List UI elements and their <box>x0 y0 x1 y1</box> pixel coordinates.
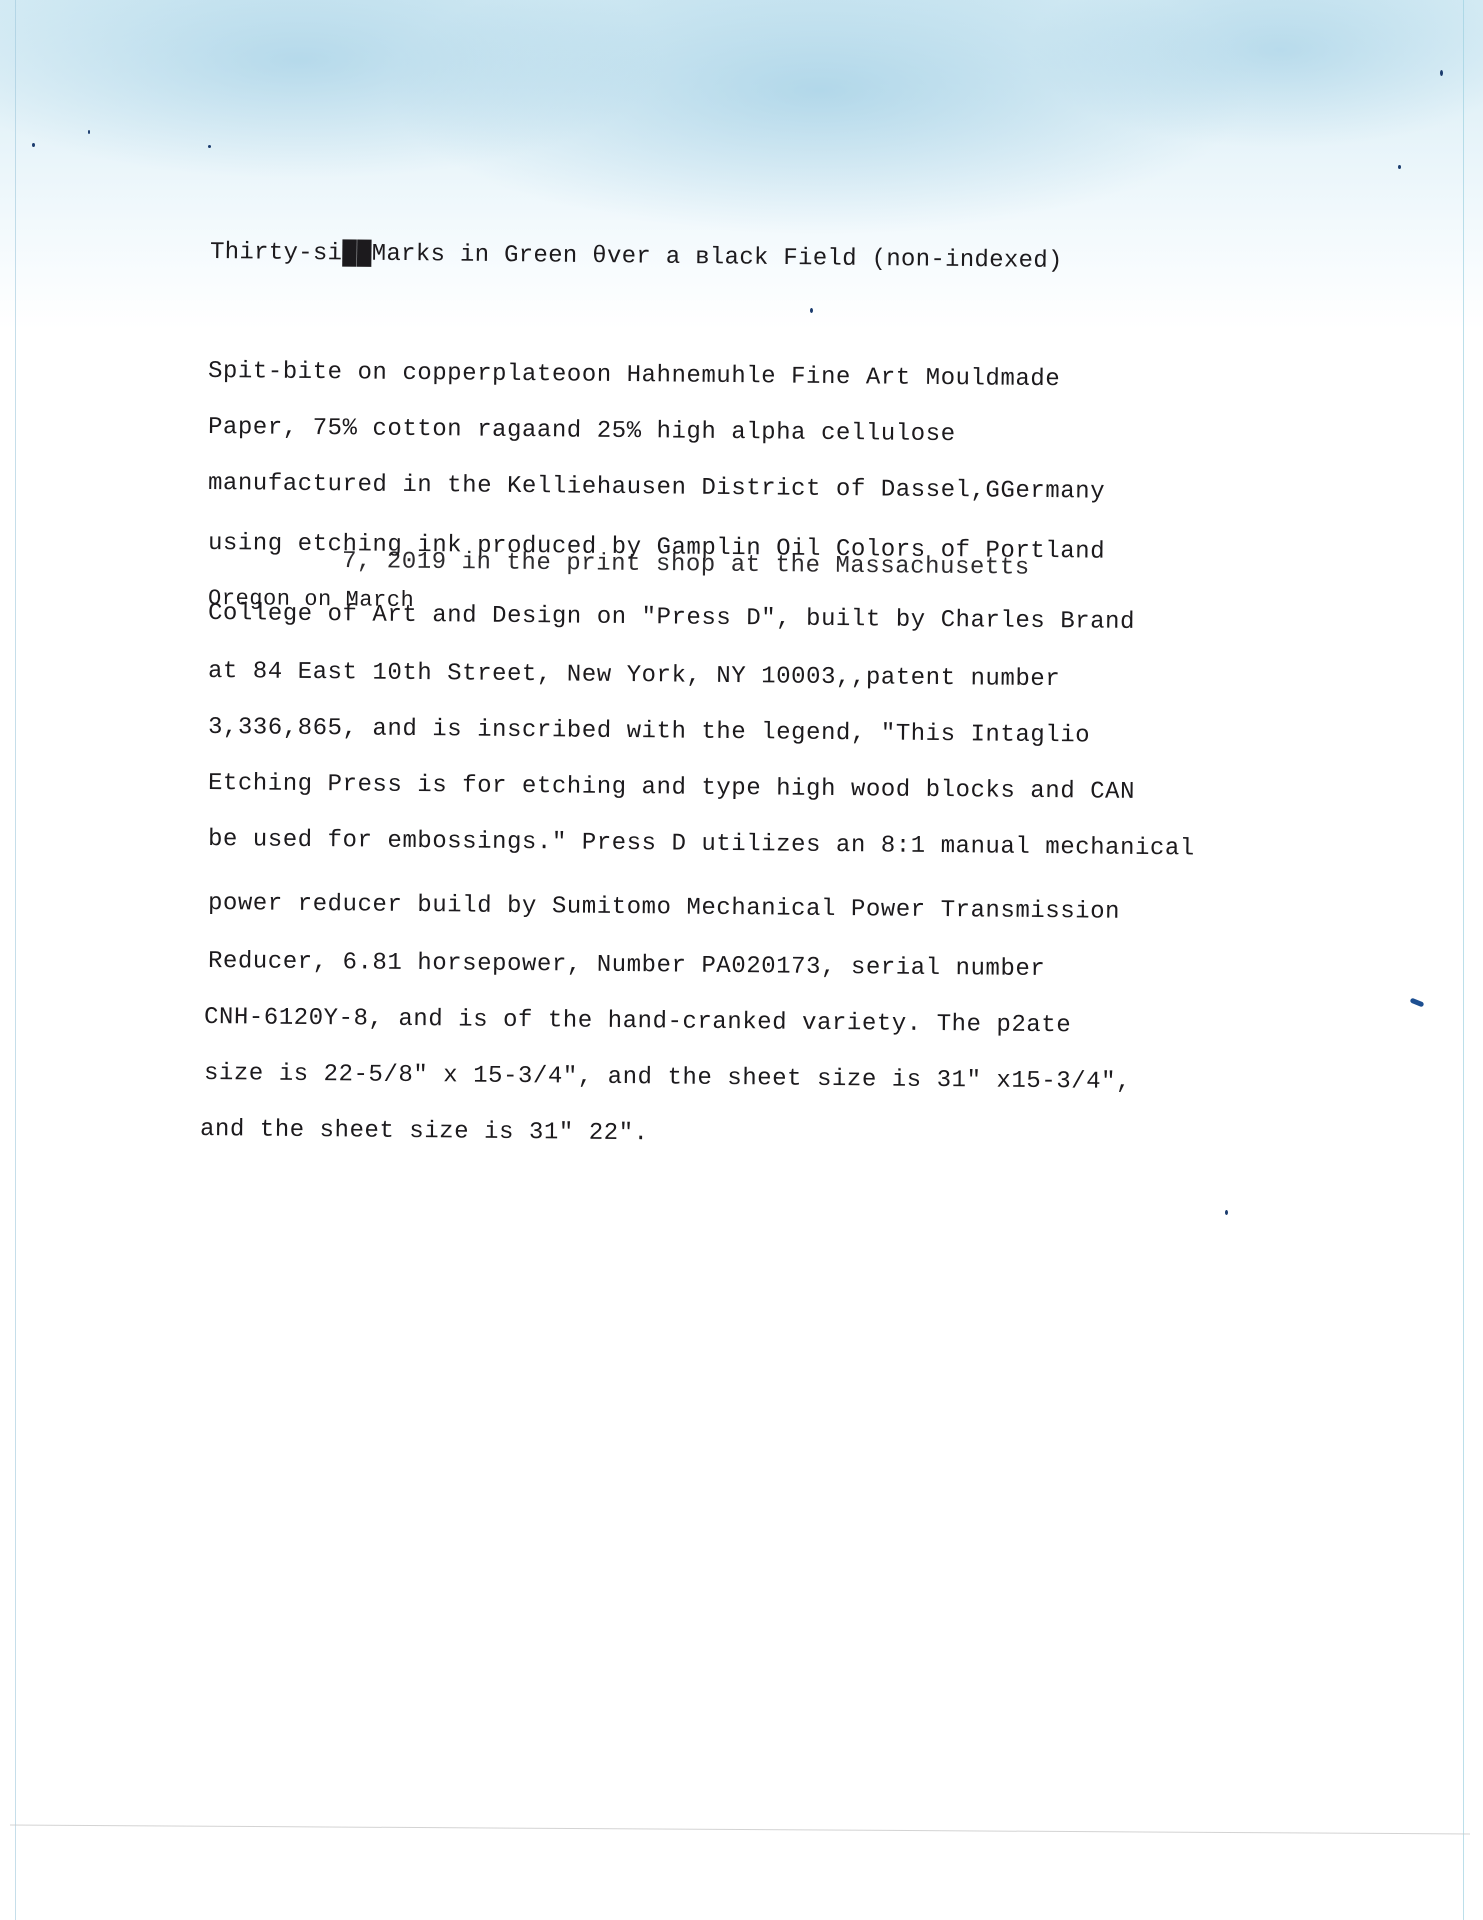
document-title: Thirty-si██Marks in Green θver a ʙlack F… <box>210 239 1063 275</box>
fold-line <box>10 1825 1470 1835</box>
ink-speck <box>88 130 90 134</box>
body-line: College of Art and Design on "Press D", … <box>208 600 1135 636</box>
body-line: at 84 East 10th Street, New York, NY 100… <box>208 658 1061 693</box>
body-line: Spit-bite on copperplateoon Hahnemuhle F… <box>208 358 1061 393</box>
ink-speck <box>810 308 813 313</box>
body-line: 3,336,865, and is inscribed with the leg… <box>208 714 1090 749</box>
ink-speck <box>32 143 35 147</box>
body-line: and the sheet size is 31" 22". <box>200 1116 649 1147</box>
scanned-page: Thirty-si██Marks in Green θver a ʙlack F… <box>0 0 1483 1920</box>
body-line: manufactured in the Kelliehausen Distric… <box>208 470 1105 506</box>
ink-speck <box>1225 1210 1228 1215</box>
body-line: CNH-6120Y-8, and is of the hand-cranked … <box>204 1004 1071 1039</box>
body-line: Etching Press is for etching and type hi… <box>208 770 1135 806</box>
body-line: power reducer build by Sumitomo Mechanic… <box>208 890 1120 926</box>
page-edge-left <box>15 0 16 1920</box>
body-line: Reducer, 6.81 horsepower, Number PA02017… <box>208 948 1046 983</box>
body-line: Paper, 75% cotton ragaand 25% high alpha… <box>208 414 956 448</box>
ink-speck <box>1398 165 1401 169</box>
ink-mark <box>1410 998 1425 1008</box>
body-line-overstrike: 7, 2019 in the print shop at the Massach… <box>342 548 1030 582</box>
ink-speck <box>208 145 211 148</box>
ink-speck <box>1440 70 1443 76</box>
body-line: be used for embossings." Press D utilize… <box>208 826 1195 862</box>
page-edge-right <box>1463 0 1464 1920</box>
body-line: size is 22-5/8" x 15-3/4", and the sheet… <box>204 1060 1131 1096</box>
